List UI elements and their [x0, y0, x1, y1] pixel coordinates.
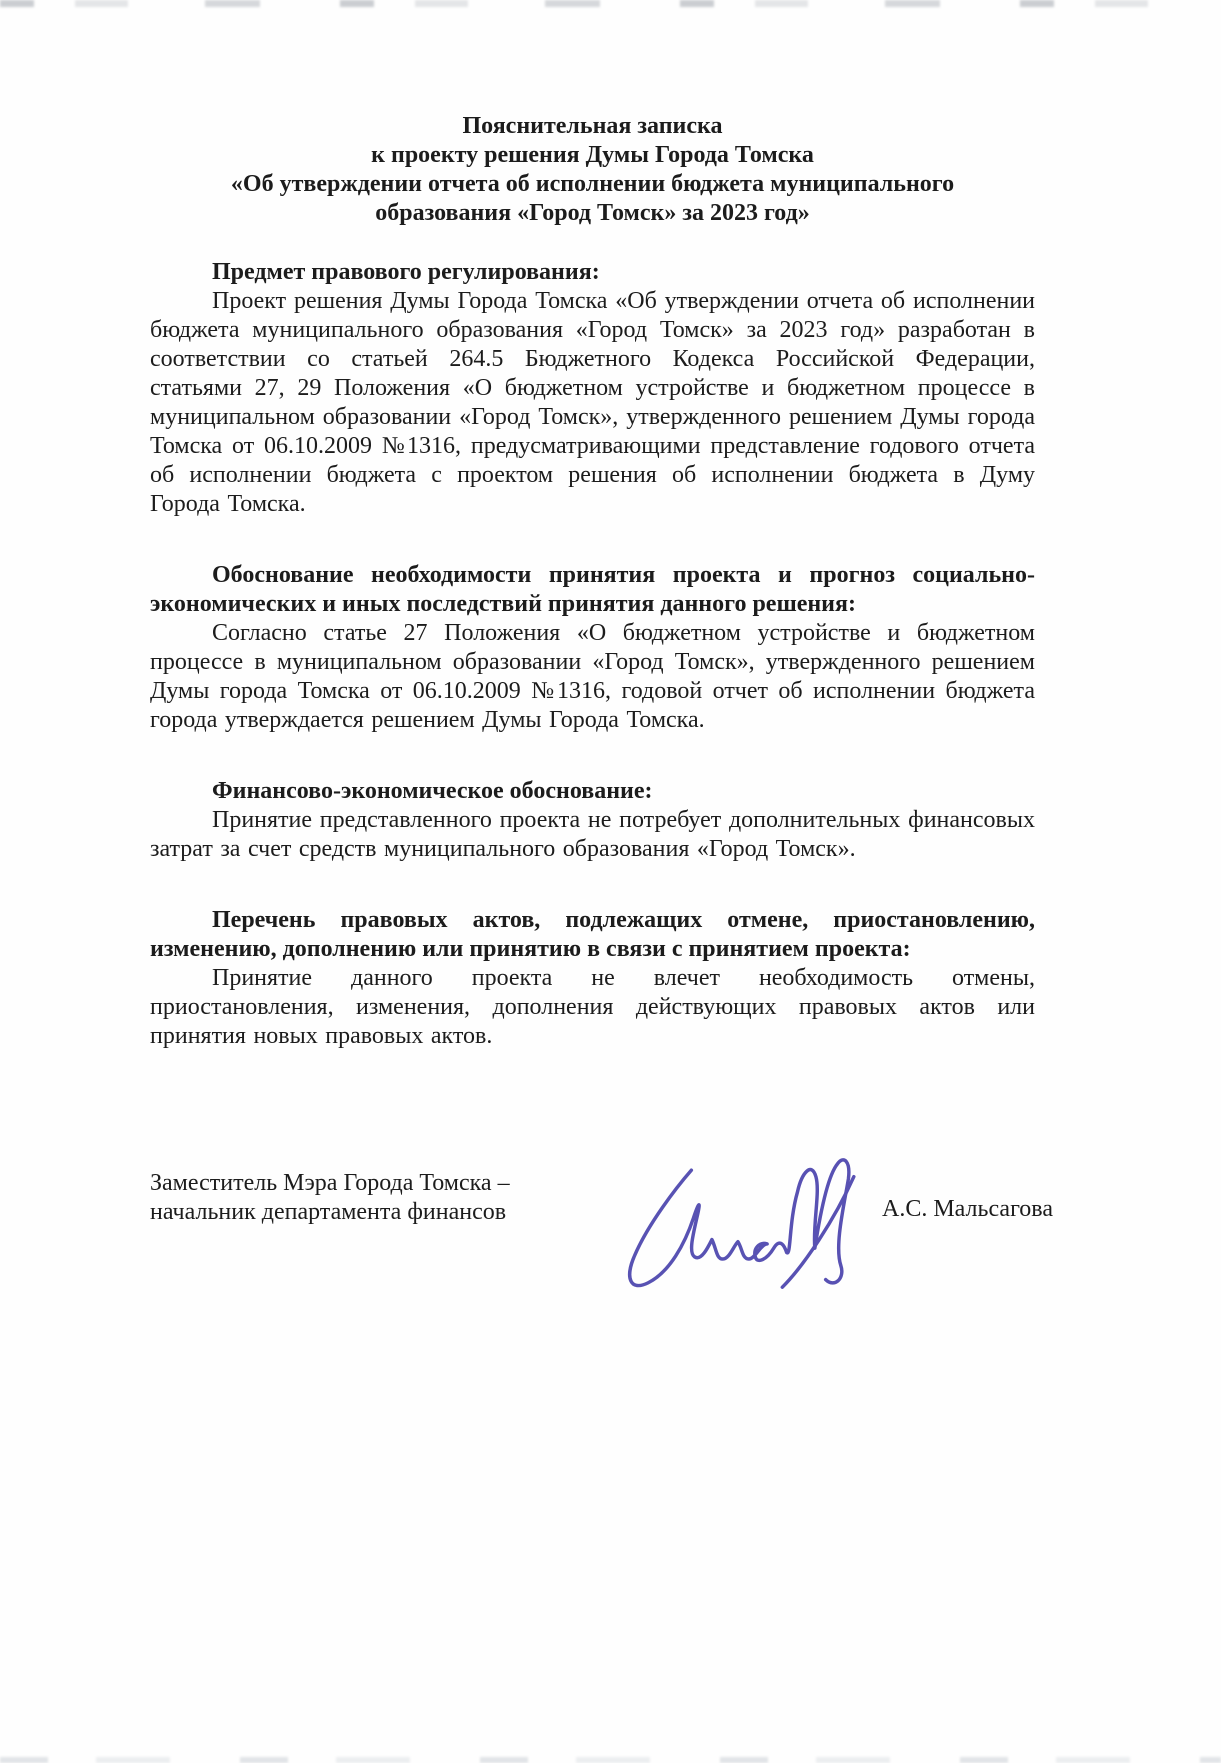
- section-paragraph: Проект решения Думы Города Томска «Об ут…: [150, 287, 1035, 519]
- section-financial-basis: Финансово-экономическое обоснование: При…: [150, 777, 1035, 864]
- title-line: Пояснительная записка: [150, 112, 1035, 141]
- signer-position-line: Заместитель Мэра Города Томска –: [150, 1169, 570, 1198]
- signer-position-line: начальник департамента финансов: [150, 1198, 570, 1227]
- signature-block: Заместитель Мэра Города Томска – начальн…: [150, 1169, 1035, 1309]
- section-justification: Обоснование необходимости принятия проек…: [150, 561, 1035, 735]
- signer-name: А.С. Мальсагова: [882, 1169, 1053, 1224]
- section-heading: Обоснование необходимости принятия проек…: [150, 561, 1035, 619]
- scan-noise-top-edge: [0, 0, 1221, 7]
- section-heading: Финансово-экономическое обоснование:: [150, 777, 1035, 806]
- title-line: к проекту решения Думы Города Томска: [150, 141, 1035, 170]
- signer-position: Заместитель Мэра Города Томска – начальн…: [150, 1169, 570, 1227]
- document-page: Пояснительная записка к проекту решения …: [150, 112, 1035, 1309]
- section-heading: Перечень правовых актов, подлежащих отме…: [150, 906, 1035, 964]
- handwritten-signature-icon: [622, 1151, 882, 1309]
- title-line: образования «Город Томск» за 2023 год»: [150, 199, 1035, 228]
- section-paragraph: Принятие данного проекта не влечет необх…: [150, 964, 1035, 1051]
- section-legal-subject: Предмет правового регулирования: Проект …: [150, 258, 1035, 519]
- section-heading: Предмет правового регулирования:: [150, 258, 1035, 287]
- section-paragraph: Принятие представленного проекта не потр…: [150, 806, 1035, 864]
- scan-noise-bottom-edge: [0, 1757, 1221, 1763]
- title-line: «Об утверждении отчета об исполнении бюд…: [150, 170, 1035, 199]
- section-affected-acts: Перечень правовых актов, подлежащих отме…: [150, 906, 1035, 1051]
- section-paragraph: Согласно статье 27 Положения «О бюджетно…: [150, 619, 1035, 735]
- document-title: Пояснительная записка к проекту решения …: [150, 112, 1035, 228]
